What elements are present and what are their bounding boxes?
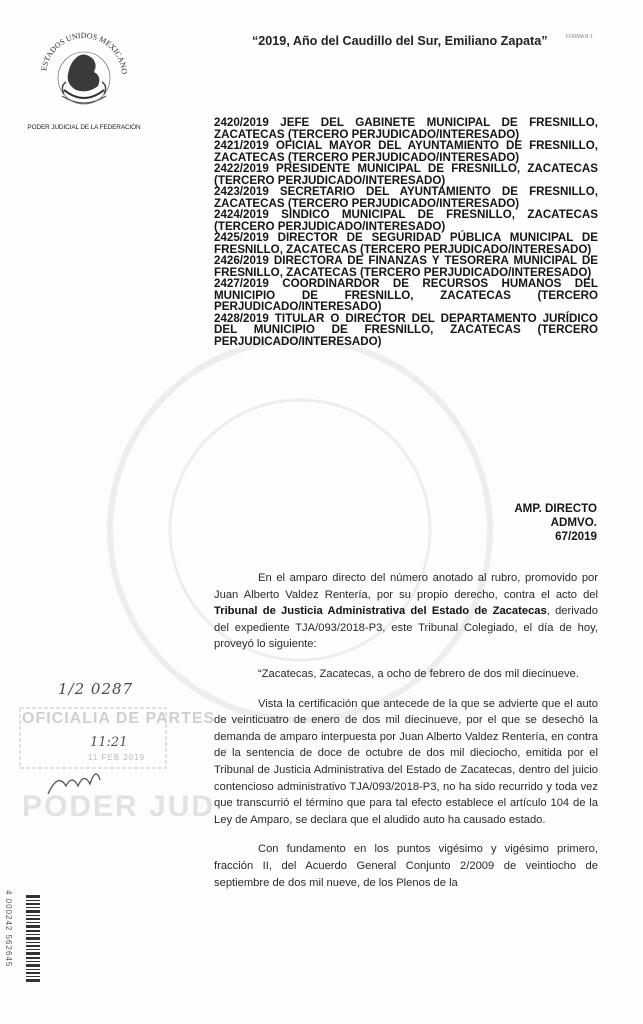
- party-entry: 2424/2019 SINDICO MUNICIPAL DE FRESNILLO…: [214, 209, 598, 232]
- paragraph-foundation: Con fundamento en los puntos vigésimo y …: [214, 841, 598, 891]
- party-entry: 2428/2019 TITULAR O DIRECTOR DEL DEPARTA…: [214, 313, 598, 348]
- stamp-date: 11 FEB 2019: [88, 753, 145, 762]
- barcode-icon: [26, 895, 40, 985]
- case-number: 67/2019: [514, 530, 597, 544]
- form-code: FORMA B-1: [566, 34, 593, 40]
- case-type: AMP. DIRECTO: [514, 502, 597, 516]
- paragraph-certification: Vista la certificación que antecede de l…: [214, 696, 598, 829]
- paragraph-date: “Zacatecas, Zacatecas, a ocho de febrero…: [214, 666, 598, 683]
- party-entry: 2421/2019 OFICIAL MAYOR DEL AYUNTAMIENTO…: [214, 140, 598, 163]
- handwritten-note: 1/2 0287: [58, 680, 133, 698]
- paragraph-intro: En el amparo directo del número anotado …: [214, 570, 598, 653]
- barcode-number: 4 000242 562645: [4, 890, 13, 967]
- stamp-watermark-text: PODER JUD: [22, 790, 215, 824]
- party-entry: 2422/2019 PRESIDENTE MUNICIPAL DE FRESNI…: [214, 163, 598, 186]
- coat-of-arms-seal-icon: ESTADOS UNIDOS MEXICANOS: [34, 30, 134, 118]
- party-entry: 2427/2019 COORDINARDOR DE RECURSOS HUMAN…: [214, 278, 598, 313]
- authority-name: Tribunal de Justicia Administrativa del …: [214, 605, 547, 617]
- institution-name: PODER JUDICIAL DE LA FEDERACIÓN: [20, 124, 148, 131]
- party-entry: 2420/2019 JEFE DEL GABINETE MUNICIPAL DE…: [214, 117, 598, 140]
- case-reference: AMP. DIRECTO ADMVO. 67/2019: [514, 502, 597, 544]
- stamp-time: 11:21: [90, 735, 127, 750]
- case-subtype: ADMVO.: [514, 516, 597, 530]
- party-entry: 2423/2019 SECRETARIO DEL AYUNTAMIENTO DE…: [214, 186, 598, 209]
- year-motto: “2019, Año del Caudillo del Sur, Emilian…: [252, 34, 548, 48]
- document-body: En el amparo directo del número anotado …: [214, 570, 598, 904]
- stamp-title: OFICIALIA DE PARTES: [22, 710, 215, 728]
- party-entry: 2425/2019 DIRECTOR DE SEGURIDAD PÚBLICA …: [214, 232, 598, 255]
- interested-parties-list: 2420/2019 JEFE DEL GABINETE MUNICIPAL DE…: [214, 117, 598, 347]
- party-entry: 2426/2019 DIRECTORA DE FINANZAS Y TESORE…: [214, 255, 598, 278]
